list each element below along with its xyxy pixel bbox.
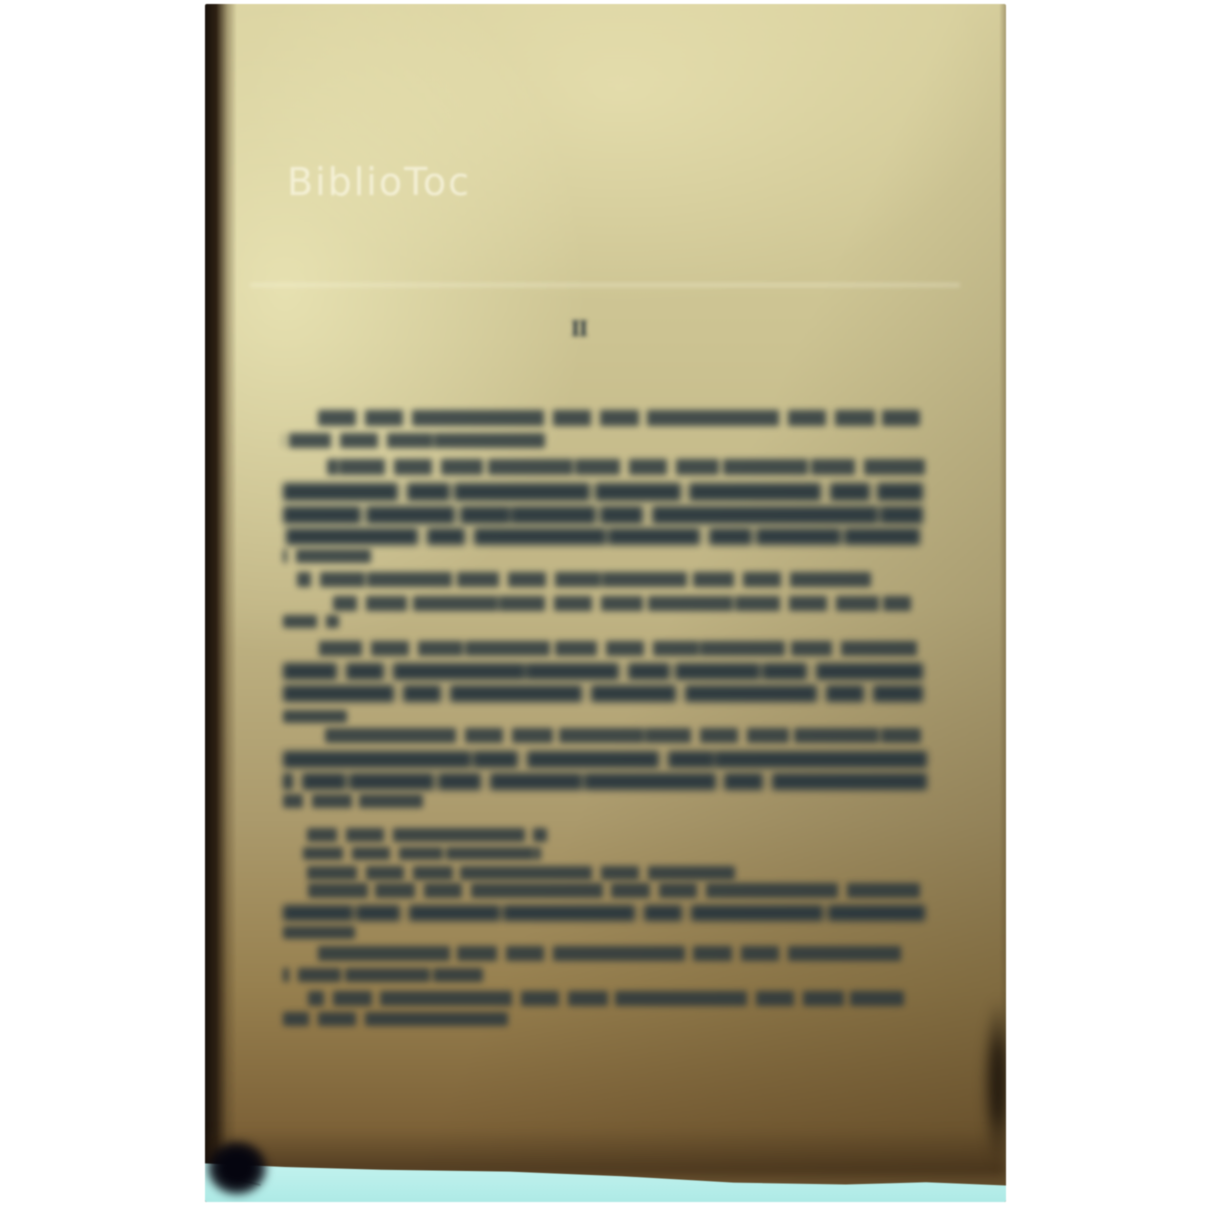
text-line xyxy=(283,968,483,982)
text-line xyxy=(318,641,920,656)
spine-shadow xyxy=(205,4,237,1202)
text-line xyxy=(283,549,371,563)
text-line xyxy=(283,1012,508,1026)
text-line xyxy=(318,410,920,426)
text-line xyxy=(303,847,541,860)
book-page-photo: BiblioToc II xyxy=(205,4,1006,1202)
text-line xyxy=(333,596,911,611)
text-line xyxy=(283,926,355,939)
text-line xyxy=(297,572,871,587)
text-line xyxy=(283,710,347,723)
text-line xyxy=(283,615,339,628)
text-line xyxy=(283,433,545,448)
text-line xyxy=(325,728,921,743)
text-line xyxy=(283,685,923,702)
text-line xyxy=(283,794,423,808)
shadow-bottom-left xyxy=(205,1130,279,1202)
text-line xyxy=(307,828,547,842)
text-line xyxy=(283,663,923,680)
body-text-block xyxy=(205,4,1006,1202)
text-line xyxy=(308,991,904,1006)
text-line xyxy=(283,506,923,524)
text-line xyxy=(327,459,925,475)
text-line xyxy=(308,883,920,898)
text-line xyxy=(283,905,925,921)
shadow-right-edge xyxy=(983,998,1006,1166)
text-line xyxy=(283,483,923,501)
text-line xyxy=(307,866,735,880)
text-line xyxy=(283,773,927,790)
text-line xyxy=(313,946,905,961)
text-line xyxy=(283,751,927,768)
text-line xyxy=(283,528,923,545)
